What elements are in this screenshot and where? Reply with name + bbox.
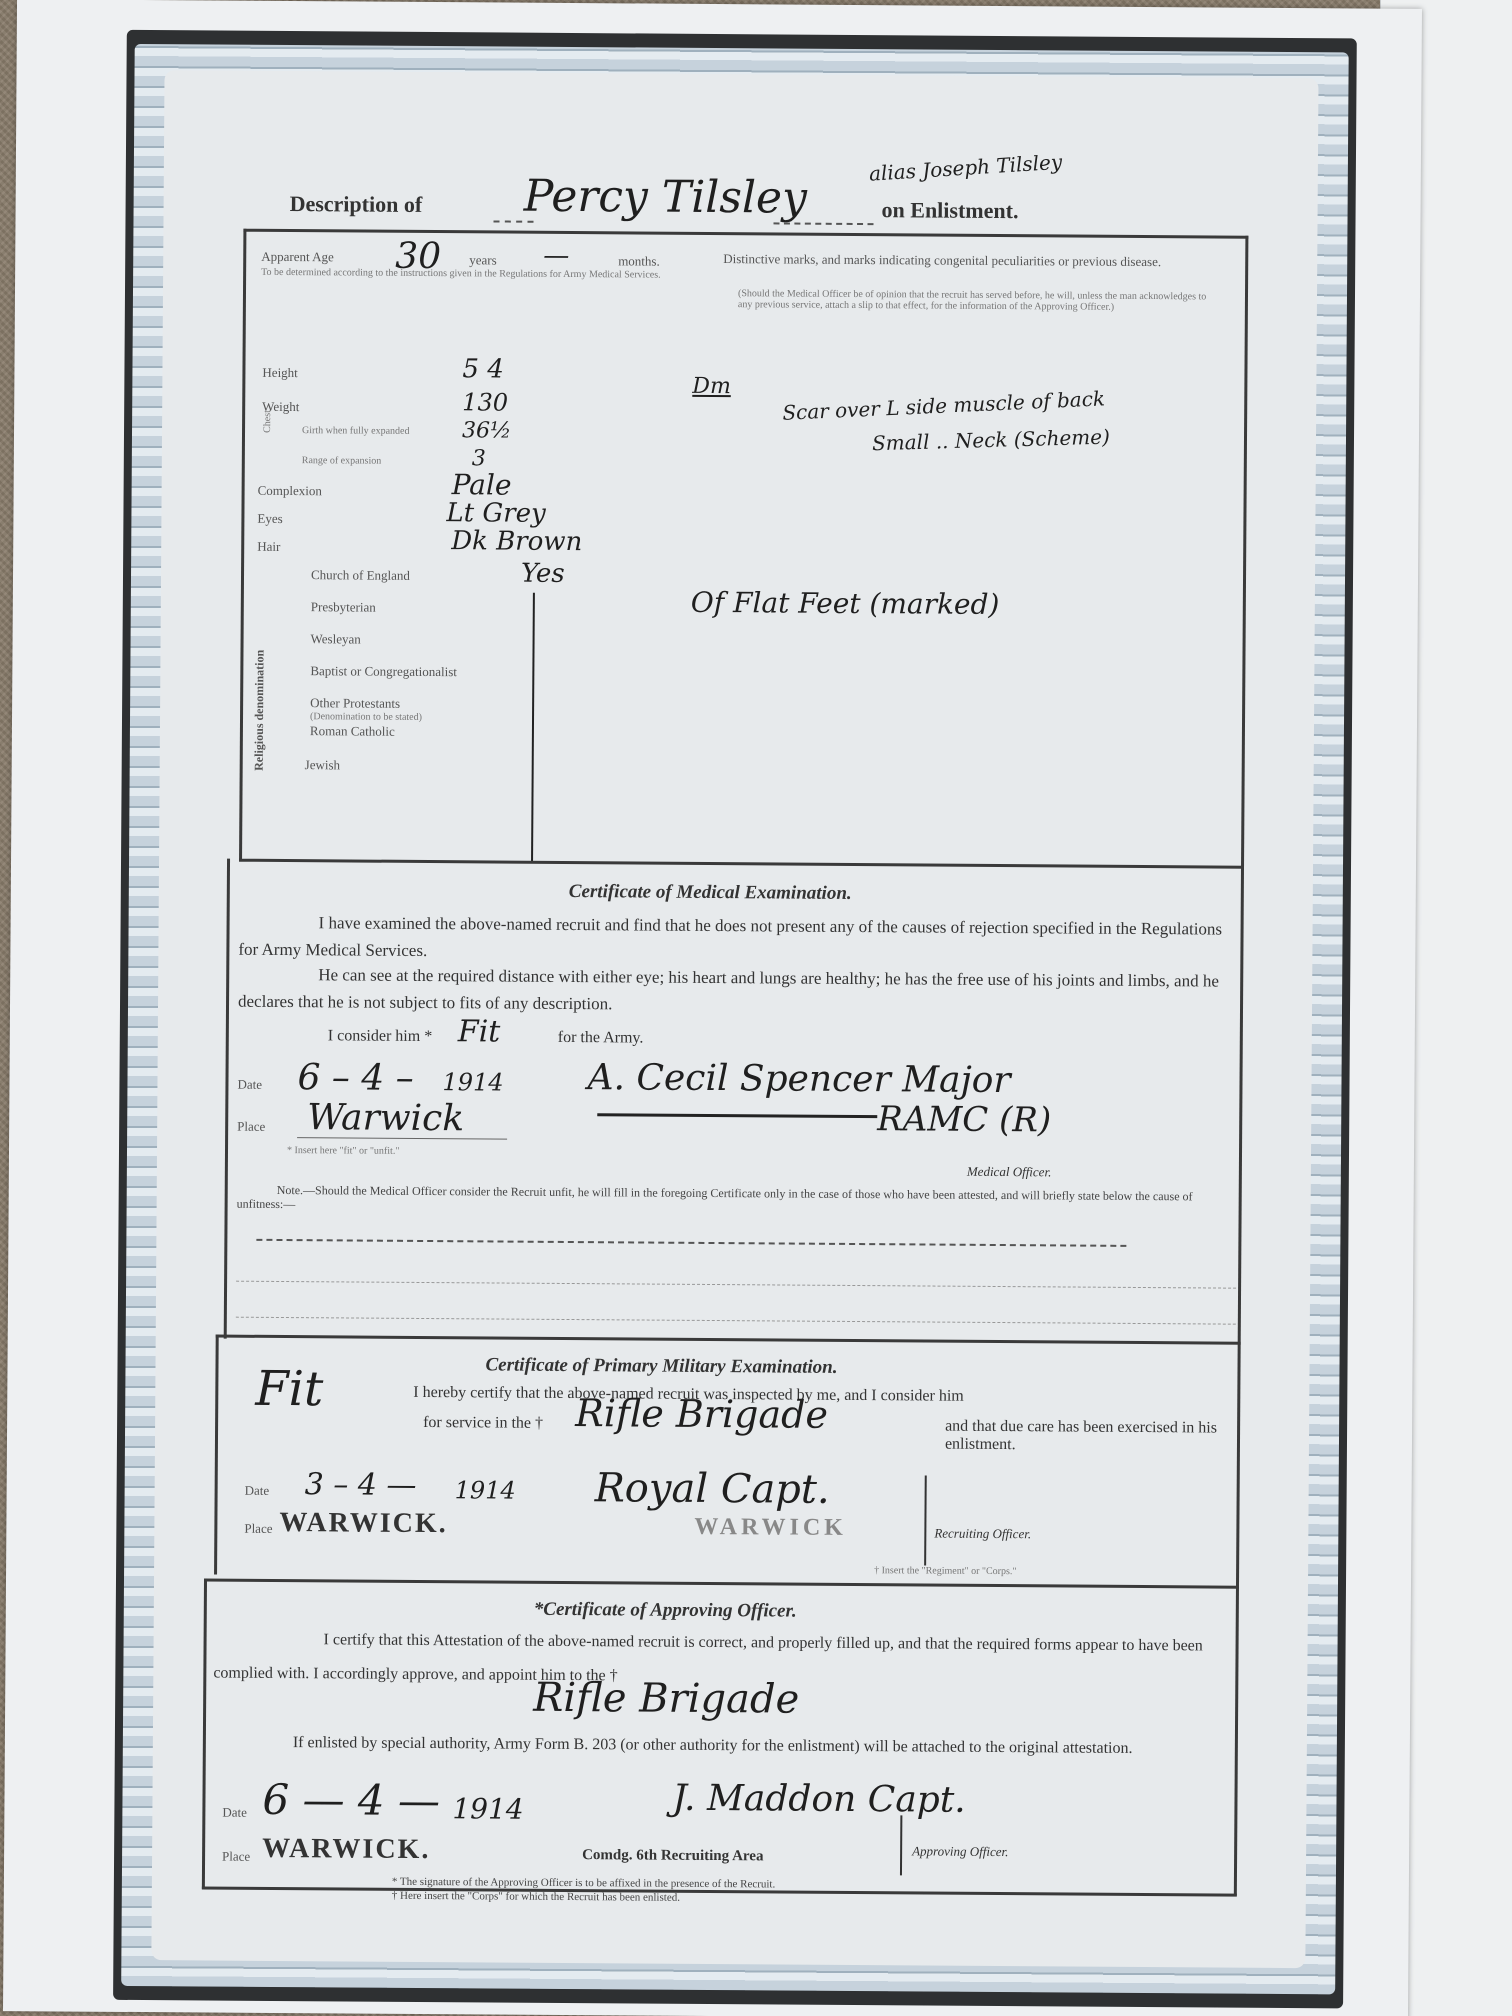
approving-place-value: WARWICK. xyxy=(262,1833,430,1866)
apparent-age-label: Apparent Age xyxy=(261,249,334,266)
military-fit-mark: Fit xyxy=(255,1361,323,1417)
box-right-border xyxy=(1234,236,1249,1896)
medical-para-2: He can see at the required distance with… xyxy=(238,961,1238,1022)
medical-note: Note.—Should the Medical Officer conside… xyxy=(237,1183,1237,1218)
approving-corps-value: Rifle Brigade xyxy=(533,1675,799,1723)
medical-place-label: Place xyxy=(237,1119,265,1135)
religion-bracket xyxy=(531,593,535,863)
recruiting-officer-label: Recruiting Officer. xyxy=(934,1526,1031,1543)
religion-roman-catholic: Roman Catholic xyxy=(310,723,395,740)
header-suffix: on Enlistment. xyxy=(881,197,1018,224)
girth-value: 36½ xyxy=(462,418,512,443)
religion-jewish: Jewish xyxy=(305,757,341,773)
page-frame: Description of Percy Tilsley alias Josep… xyxy=(113,30,1357,2009)
military-place-value: WARWICK. xyxy=(279,1507,447,1540)
distinctive-marks-note: (Should the Medical Officer be of opinio… xyxy=(738,288,1208,313)
military-signature: Royal Capt. xyxy=(594,1465,829,1513)
box-left-border xyxy=(239,229,246,861)
recruit-name: Percy Tilsley xyxy=(523,171,807,224)
military-bottom-border xyxy=(204,1578,1239,1588)
marks-line-2: Scar over L side muscle of back xyxy=(782,386,1106,425)
military-left-border xyxy=(214,1335,219,1575)
medical-place-value: Warwick xyxy=(307,1097,464,1139)
hair-value: Dk Brown xyxy=(451,526,582,557)
approving-officer-label: Approving Officer. xyxy=(912,1843,1008,1860)
complexion-label: Complexion xyxy=(258,483,322,499)
eyes-value: Lt Grey xyxy=(446,498,545,529)
approving-year-value: 1914 xyxy=(452,1792,523,1825)
approving-date-value: 6 — 4 — xyxy=(262,1775,440,1825)
weight-value: 130 xyxy=(462,388,508,416)
medical-date-label: Date xyxy=(237,1077,262,1093)
approving-para-2: If enlisted by special authority, Army F… xyxy=(213,1731,1233,1762)
consider-label: I consider him * xyxy=(328,1027,433,1046)
consider-value: Fit xyxy=(458,1014,501,1049)
military-bracket xyxy=(924,1475,927,1565)
marks-line-4: Of Flat Feet (marked) xyxy=(691,586,1000,621)
military-place-label: Place xyxy=(244,1521,272,1537)
height-label: Height xyxy=(262,365,298,381)
name-line xyxy=(493,220,533,222)
age-months-value: — xyxy=(543,241,569,271)
approving-date-label: Date xyxy=(222,1805,247,1821)
religion-other-protestants: Other Protestants xyxy=(310,695,400,712)
military-stamp: WARWICK xyxy=(694,1514,847,1542)
military-corps-value: Rifle Brigade xyxy=(575,1391,828,1437)
military-para-b: for service in the † xyxy=(423,1414,543,1433)
religion-church-of-england: Church of England xyxy=(311,567,410,584)
approving-bracket xyxy=(900,1815,902,1875)
medical-signature-unit: RAMC (R) xyxy=(877,1099,1051,1140)
consider-suffix: for the Army. xyxy=(558,1029,644,1048)
religion-baptist: Baptist or Congregationalist xyxy=(310,663,457,680)
military-insert-note: † Insert the "Regiment" or "Corps." xyxy=(874,1565,1016,1577)
eyes-label: Eyes xyxy=(257,511,282,527)
military-para-c: and that due care has been exercised in … xyxy=(945,1418,1225,1456)
medical-bottom-border xyxy=(216,1335,1241,1345)
expansion-label: Range of expansion xyxy=(302,455,382,467)
military-date-label: Date xyxy=(245,1483,270,1499)
name-line-2 xyxy=(773,222,873,225)
medical-insert-note: * Insert here "fit" or "unfit." xyxy=(287,1145,399,1157)
years-label: years xyxy=(469,252,497,268)
unfitness-line-1 xyxy=(256,1239,1126,1247)
approving-title: *Certificate of Approving Officer. xyxy=(534,1599,797,1623)
medical-signature: A. Cecil Spencer Major xyxy=(587,1057,1010,1101)
attestation-form: Description of Percy Tilsley alias Josep… xyxy=(151,70,1318,1968)
other-protestants-note: (Denomination to be stated) xyxy=(310,711,422,723)
height-value: 5 4 xyxy=(462,354,504,384)
medical-para-1: I have examined the above-named recruit … xyxy=(238,909,1238,970)
approving-signature: J. Maddon Capt. xyxy=(672,1778,965,1821)
description-bottom-border xyxy=(239,859,1244,869)
recruit-alias: alias Joseph Tilsley xyxy=(868,150,1063,186)
approving-left-border xyxy=(202,1578,207,1888)
hair-label: Hair xyxy=(257,539,280,555)
military-date-value: 3 – 4 — xyxy=(305,1467,417,1503)
medical-date-value: 6 – 4 – xyxy=(297,1057,413,1099)
medical-officer-label: Medical Officer. xyxy=(967,1164,1052,1181)
chest-label: Chest xyxy=(262,410,273,433)
command-line: Comdg. 6th Recruiting Area xyxy=(582,1847,764,1865)
military-title: Certificate of Primary Military Examinat… xyxy=(485,1354,837,1378)
religion-mark: Yes xyxy=(521,559,565,589)
religious-denomination-label: Religious denomination xyxy=(252,650,268,771)
military-year-value: 1914 xyxy=(455,1476,516,1504)
unfitness-line-3 xyxy=(236,1317,1236,1325)
months-label: months. xyxy=(618,253,660,269)
marks-line-1: Dm xyxy=(692,374,731,399)
medical-left-border xyxy=(224,859,230,1339)
unfitness-line-2 xyxy=(236,1281,1236,1289)
religion-presbyterian: Presbyterian xyxy=(311,599,376,615)
photocopy-sheet: Description of Percy Tilsley alias Josep… xyxy=(3,0,1422,2016)
box-top-border xyxy=(243,229,1248,239)
religion-wesleyan: Wesleyan xyxy=(311,631,361,647)
signature-underline xyxy=(597,1113,877,1118)
place-line xyxy=(297,1137,507,1139)
approving-place-label: Place xyxy=(222,1849,250,1865)
girth-label: Girth when fully expanded xyxy=(302,425,410,437)
medical-year-value: 1914 xyxy=(442,1068,503,1096)
marks-line-3: Small .. Neck (Scheme) xyxy=(872,425,1110,456)
age-note: To be determined according to the instru… xyxy=(261,267,701,281)
distinctive-marks-label: Distinctive marks, and marks indicating … xyxy=(723,250,1203,270)
complexion-value: Pale xyxy=(452,468,512,501)
medical-title: Certificate of Medical Examination. xyxy=(569,881,852,905)
header-prefix: Description of xyxy=(290,191,423,218)
